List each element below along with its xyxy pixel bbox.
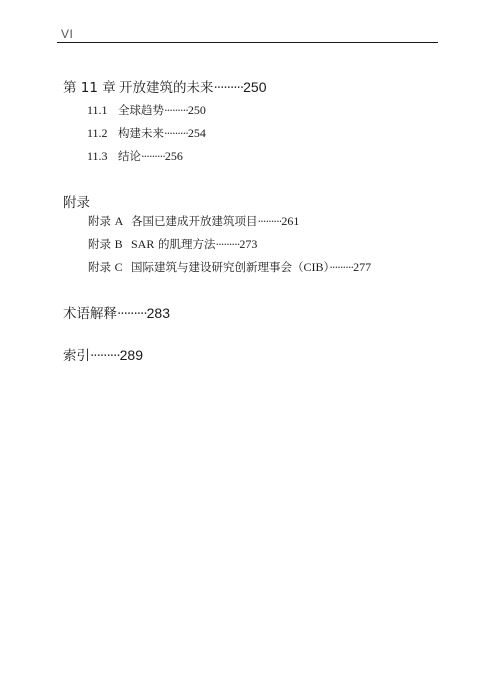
page-number-roman: VI bbox=[61, 27, 73, 41]
dot-leader: ········· bbox=[329, 260, 353, 274]
dot-leader: ········· bbox=[214, 80, 244, 96]
chapter-number: 第 11 章 bbox=[63, 76, 119, 96]
toc-appendix-a[interactable]: 附录 A各国已建成开放建筑项目·········261 bbox=[88, 213, 299, 229]
dot-leader: ········· bbox=[164, 103, 188, 117]
chapter-title: 开放建筑的未来 bbox=[119, 80, 214, 96]
appendix-prefix: 附录 bbox=[88, 237, 111, 251]
glossary-title: 术语解释 bbox=[63, 306, 117, 322]
appendix-label: 附录 A bbox=[88, 213, 131, 229]
index-title: 索引 bbox=[63, 348, 90, 364]
toc-appendix-b[interactable]: 附录 BSAR 的肌理方法·········273 bbox=[88, 236, 257, 252]
toc-appendix-c[interactable]: 附录 C国际建筑与建设研究创新理事会（CIB）·········277 bbox=[88, 259, 371, 275]
toc-section-11-3[interactable]: 11.3结论·········256 bbox=[87, 148, 183, 164]
dot-leader: ········· bbox=[90, 348, 120, 364]
dot-leader: ········· bbox=[164, 126, 188, 140]
appendix-prefix: 附录 bbox=[88, 214, 111, 228]
appendix-label: 附录 C bbox=[88, 259, 131, 275]
appendix-letter: B bbox=[115, 237, 123, 251]
toc-index[interactable]: 索引·········289 bbox=[63, 344, 143, 364]
dot-leader: ········· bbox=[216, 237, 240, 251]
appendix-title-latin: CIB bbox=[304, 260, 324, 274]
appendix-prefix: 附录 bbox=[88, 260, 111, 274]
page-ref: 277 bbox=[353, 260, 371, 274]
toc-section-11-1[interactable]: 11.1全球趋势·········250 bbox=[87, 102, 206, 118]
dot-leader: ········· bbox=[141, 149, 165, 163]
page-ref: 256 bbox=[165, 149, 183, 163]
header-rule bbox=[57, 42, 438, 43]
page-ref: 289 bbox=[120, 347, 143, 363]
page-ref: 254 bbox=[188, 126, 206, 140]
toc-section-11-2[interactable]: 11.2构建未来·········254 bbox=[87, 125, 206, 141]
section-title: 全球趋势 bbox=[118, 103, 164, 117]
section-title: 结论 bbox=[118, 149, 141, 163]
toc-chapter-11[interactable]: 第 11 章开放建筑的未来·········250 bbox=[63, 76, 266, 96]
section-number: 11.2 bbox=[87, 126, 118, 141]
page-ref: 273 bbox=[239, 237, 257, 251]
page-ref: 283 bbox=[147, 305, 170, 321]
appendix-letter: A bbox=[115, 214, 124, 228]
toc-appendix-heading: 附录 bbox=[63, 191, 90, 211]
section-title: 构建未来 bbox=[118, 126, 164, 140]
appendix-title: 国际建筑与建设研究创新理事会（ bbox=[131, 260, 304, 274]
page-ref: 261 bbox=[281, 214, 299, 228]
page-ref: 250 bbox=[188, 103, 206, 117]
appendix-letter: C bbox=[115, 260, 123, 274]
appendix-title: 各国已建成开放建筑项目 bbox=[131, 214, 258, 228]
page-ref: 250 bbox=[243, 79, 266, 95]
section-number: 11.1 bbox=[87, 103, 118, 118]
dot-leader: ········· bbox=[258, 214, 282, 228]
appendix-title-latin: SAR bbox=[131, 237, 154, 251]
toc-glossary[interactable]: 术语解释·········283 bbox=[63, 302, 170, 322]
appendix-title: 的肌理方法 bbox=[154, 237, 215, 251]
dot-leader: ········· bbox=[117, 306, 147, 322]
section-number: 11.3 bbox=[87, 149, 118, 164]
appendix-label: 附录 B bbox=[88, 236, 131, 252]
